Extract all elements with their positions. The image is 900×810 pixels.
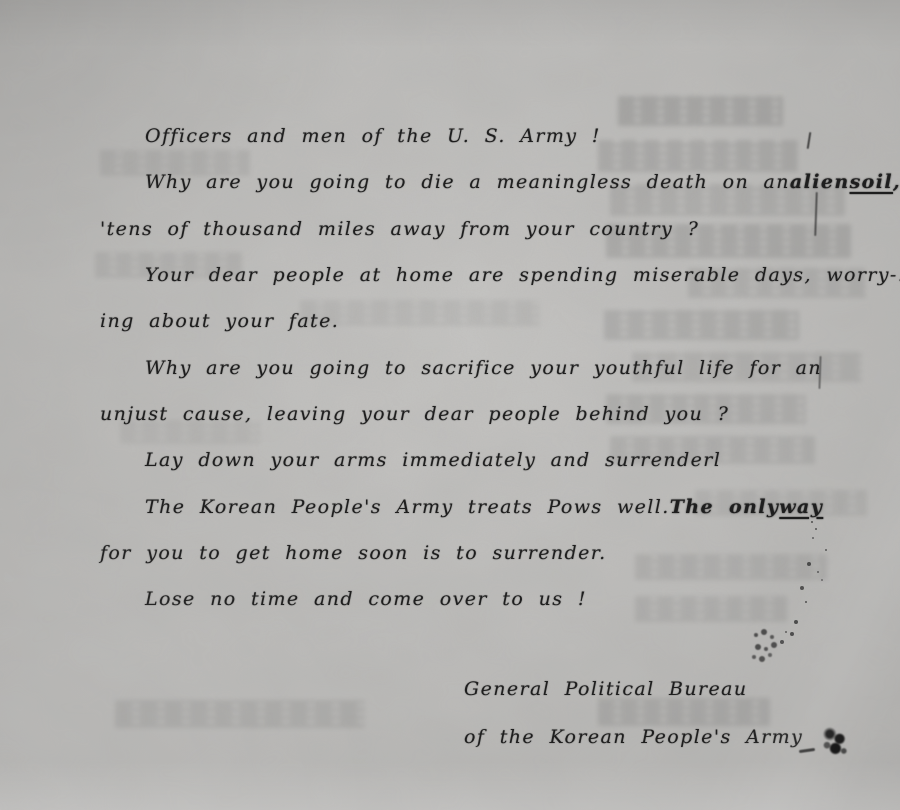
text-segment: Why are you going to sacrifice your yout… bbox=[145, 357, 822, 379]
text-line: Officers and men of the U. S. Army ! bbox=[0, 113, 900, 159]
text-line: ing about your fate. bbox=[0, 298, 900, 344]
signature-line-1: General Political Bureau bbox=[464, 665, 803, 713]
text-segment: Officers and men of the U. S. Army ! bbox=[145, 125, 601, 147]
text-segment: way bbox=[779, 496, 823, 518]
ink-speckles bbox=[811, 521, 813, 523]
text-line: unjust cause, leaving your dear people b… bbox=[0, 391, 900, 437]
text-line: 'tens of thousand miles away from your c… bbox=[0, 206, 900, 252]
text-line: Lay down your arms immediately and surre… bbox=[0, 437, 900, 483]
signature-block: General Political Bureau of the Korean P… bbox=[464, 665, 803, 761]
text-segment: Your dear people at home are spending mi… bbox=[145, 264, 900, 286]
text-line: Why are you going to die a meaningless d… bbox=[0, 159, 900, 205]
text-segment: The only bbox=[670, 496, 780, 518]
leaflet-body: Officers and men of the U. S. Army !Why … bbox=[0, 113, 900, 622]
text-segment: The Korean People's Army treats Pows wel… bbox=[145, 496, 670, 518]
text-segment: Why are you going to die a meaningless d… bbox=[145, 171, 790, 193]
text-line: Lose no time and come over to us ! bbox=[0, 576, 900, 622]
text-segment: soil bbox=[850, 171, 893, 193]
ink-blot bbox=[820, 726, 848, 758]
text-line: The Korean People's Army treats Pows wel… bbox=[0, 483, 900, 529]
text-segment: alien bbox=[790, 171, 850, 193]
leaflet-page: Officers and men of the U. S. Army !Why … bbox=[0, 0, 900, 810]
text-line: for you to get home soon is to surrender… bbox=[0, 530, 900, 576]
text-segment: Lose no time and come over to us ! bbox=[145, 588, 587, 610]
text-segment: ing about your fate. bbox=[100, 310, 339, 332]
text-segment: unjust cause, leaving your dear people b… bbox=[100, 403, 729, 425]
text-segment: for you to get home soon is to surrender… bbox=[100, 542, 607, 564]
text-segment: Lay down your arms immediately and surre… bbox=[145, 449, 721, 471]
text-line: Your dear people at home are spending mi… bbox=[0, 252, 900, 298]
ink-squiggle bbox=[754, 633, 758, 637]
ghost-text-row bbox=[115, 700, 365, 728]
text-line: Why are you going to sacrifice your yout… bbox=[0, 344, 900, 390]
signature-line-2: of the Korean People's Army bbox=[464, 713, 803, 761]
text-segment: 'tens of thousand miles away from your c… bbox=[100, 218, 699, 240]
text-segment: , bbox=[893, 171, 900, 193]
